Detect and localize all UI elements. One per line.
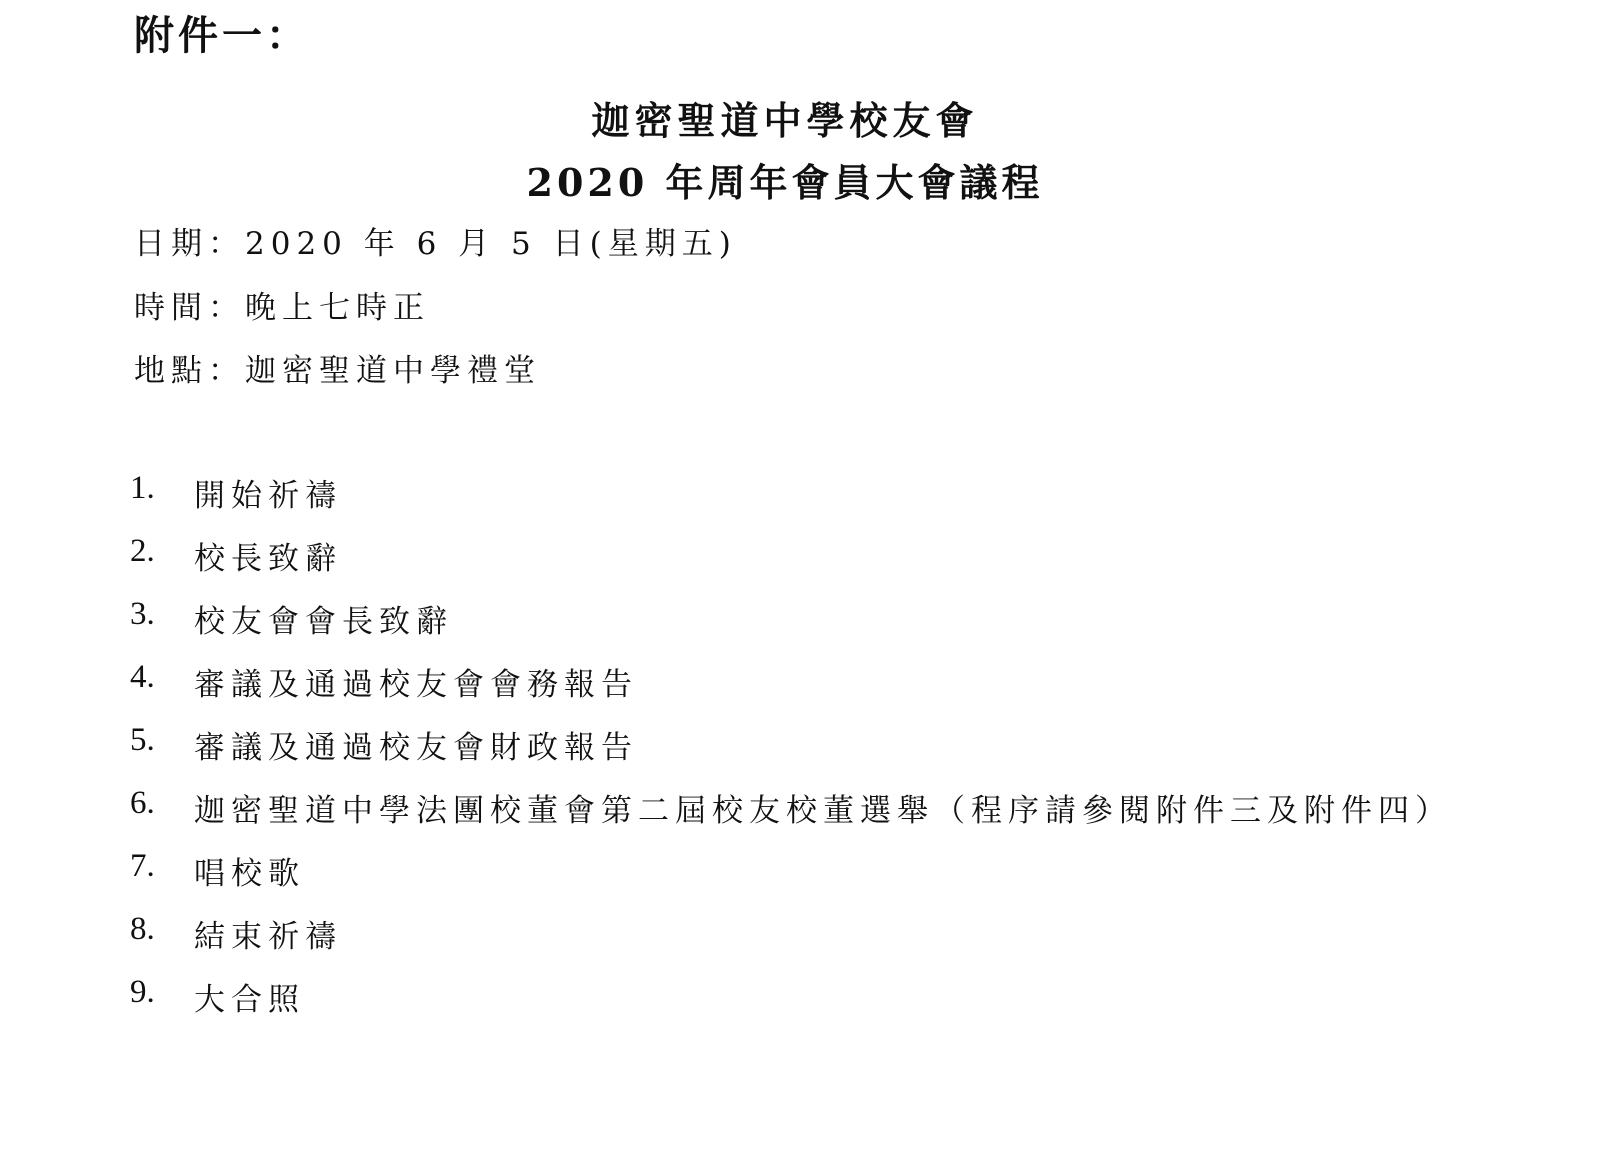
meeting-time: 時間：晚上七時正 [134, 282, 430, 327]
agenda-list: 1.開始祈禱 2.校長致辭 3.校友會會長致辭 4.審議及通過校友會會務報告 5… [130, 470, 1452, 1037]
agenda-text: 大合照 [194, 974, 305, 1037]
agenda-number: 9. [130, 974, 194, 1037]
agenda-text: 開始祈禱 [194, 470, 342, 533]
agenda-number: 4. [130, 659, 194, 722]
agenda-text: 審議及通過校友會會務報告 [194, 659, 638, 722]
agenda-item: 9.大合照 [130, 974, 1452, 1037]
agenda-text: 校友會會長致辭 [194, 596, 453, 659]
agenda-text: 校長致辭 [194, 533, 342, 596]
agenda-number: 3. [130, 596, 194, 659]
agenda-text: 結束祈禱 [194, 911, 342, 974]
document-subtitle: 2020 年周年會員大會議程 [0, 152, 1585, 207]
annex-label: 附件一： [134, 4, 310, 61]
agenda-item: 1.開始祈禱 [130, 470, 1452, 533]
meeting-date: 日期：2020 年 6 月 5 日(星期五) [134, 218, 737, 263]
agenda-item: 5.審議及通過校友會財政報告 [130, 722, 1452, 785]
agenda-number: 5. [130, 722, 194, 785]
agenda-item: 6.迦密聖道中學法團校董會第二屆校友校董選舉（程序請參閱附件三及附件四） [130, 785, 1452, 848]
agenda-number: 1. [130, 470, 194, 533]
agenda-number: 6. [130, 785, 194, 848]
agenda-item: 7.唱校歌 [130, 848, 1452, 911]
document-title: 迦密聖道中學校友會 [0, 90, 1585, 145]
agenda-item: 2.校長致辭 [130, 533, 1452, 596]
meeting-venue: 地點：迦密聖道中學禮堂 [134, 345, 541, 390]
agenda-text: 審議及通過校友會財政報告 [194, 722, 638, 785]
agenda-number: 8. [130, 911, 194, 974]
agenda-item: 3.校友會會長致辭 [130, 596, 1452, 659]
agenda-text: 迦密聖道中學法團校董會第二屆校友校董選舉（程序請參閱附件三及附件四） [194, 785, 1452, 848]
agenda-item: 4.審議及通過校友會會務報告 [130, 659, 1452, 722]
agenda-number: 2. [130, 533, 194, 596]
agenda-text: 唱校歌 [194, 848, 305, 911]
agenda-item: 8.結束祈禱 [130, 911, 1452, 974]
agenda-number: 7. [130, 848, 194, 911]
